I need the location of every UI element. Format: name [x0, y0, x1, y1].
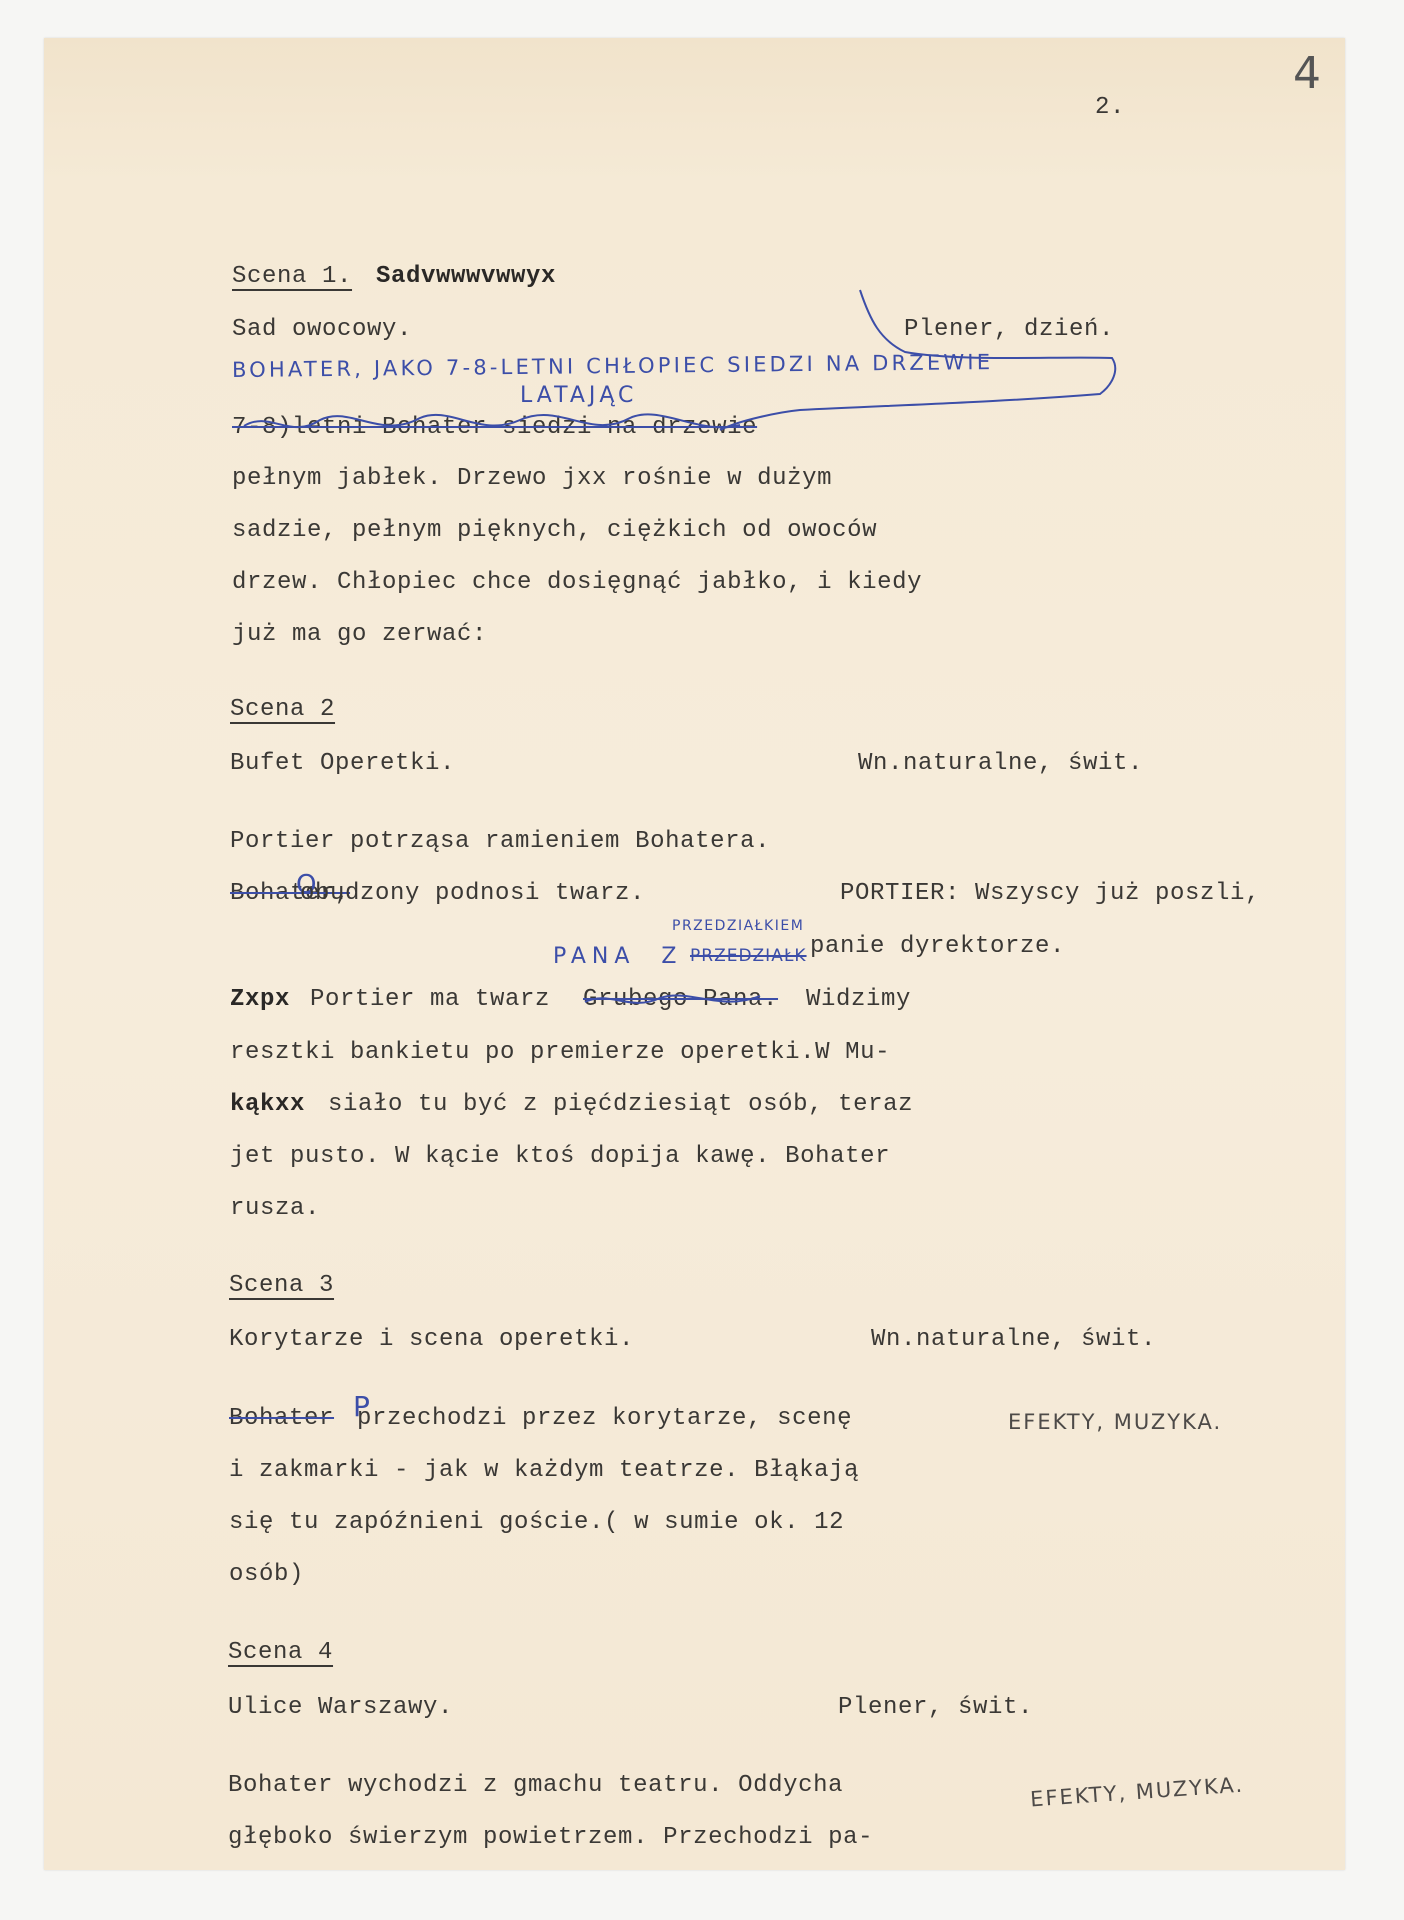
scene-1-body-line: sadzie, pełnym pięknych, ciężkich od owo… — [232, 519, 877, 543]
scene-3-body-line: się tu zapóźnieni goście.( w sumie ok. 1… — [229, 1511, 844, 1535]
scene-1-body-line: już ma go zerwać: — [232, 623, 487, 647]
scene-1-body-line: drzew. Chłopiec chce dosięgnąć jabłko, i… — [232, 571, 922, 595]
scene-1-handwritten-scribble: LATAJĄC — [520, 383, 637, 408]
scene-2-handwritten-przedzialkiem: PRZEDZIAŁKIEM — [672, 918, 804, 934]
scene-1-setting: Plener, dzień. — [904, 318, 1114, 342]
scene-2-handwritten-pana: PANA Z — [553, 944, 682, 969]
scene-2-body-line: siało tu być z pięćdziesiąt osób, teraz — [328, 1093, 913, 1117]
scene-3-location: Korytarze i scena operetki. — [229, 1328, 634, 1352]
scene-2-struck-prefix: Zxpx — [230, 988, 290, 1012]
scene-2-body-line: resztki bankietu po premierze operetki.W… — [230, 1041, 890, 1065]
scene-3-setting: Wn.naturalne, świt. — [871, 1328, 1156, 1352]
page-number: 2. — [1095, 96, 1125, 120]
scene-2-location: Bufet Operetki. — [230, 752, 455, 776]
scene-1-location: Sad owocowy. — [232, 318, 412, 342]
scene-2-setting: Wn.naturalne, świt. — [858, 752, 1143, 776]
scene-1-heading: Scena 1. — [232, 265, 352, 289]
scene-3-heading: Scena 3 — [229, 1274, 334, 1298]
scene-1-struck-line: 7-8)letni Bohater siedzi na drzewie — [232, 416, 757, 440]
scene-2-face-line-b: Widzimy — [806, 988, 911, 1012]
scene-3-struck-word: Bohater — [229, 1407, 334, 1431]
scene-4-body-line: głęboko świerzym powietrzem. Przechodzi … — [228, 1826, 873, 1850]
scene-2-dialogue: PORTIER: Wszyscy już poszli, — [840, 882, 1260, 906]
scene-2-body-line: Portier potrząsa ramieniem Bohatera. — [230, 830, 770, 854]
scene-2-dialogue-cont: panie dyrektorze. — [810, 935, 1065, 959]
scene-4-body-line: Bohater wychodzi z gmachu teatru. Oddych… — [228, 1774, 843, 1798]
scene-2-heading: Scena 2 — [230, 698, 335, 722]
scene-3-body-line: i zakmarki - jak w każdym teatrze. Błąka… — [229, 1459, 859, 1483]
scene-2-awakened-line: obudzony podnosi twarz. — [300, 882, 645, 906]
scene-4-heading: Scena 4 — [228, 1641, 333, 1665]
scene-1-body-line: pełnym jabłek. Drzewo jxx rośnie w dużym — [232, 467, 832, 491]
scene-2-handwritten-struck: PRZEDZIAŁK — [690, 946, 807, 966]
handwritten-sheet-number: 4 — [1293, 48, 1323, 99]
scene-4-setting: Plener, świt. — [838, 1696, 1033, 1720]
scene-2-face-line-a: Portier ma twarz — [310, 988, 550, 1012]
scene-3-body-line: osób) — [229, 1563, 304, 1587]
scene-2-body-line: jet pusto. W kącie ktoś dopija kawę. Boh… — [230, 1145, 890, 1169]
scene-3-margin-note: EFEKTY, MUZYKA. — [1008, 1410, 1222, 1434]
scene-4-location: Ulice Warszawy. — [228, 1696, 453, 1720]
scene-2-body-line: rusza. — [230, 1197, 320, 1221]
scene-1-heading-struck: Sadvwwwvwwyx — [376, 265, 556, 289]
scene-2-face-line-struck: Grubego Pana. — [583, 988, 778, 1012]
scene-3-body-line: przechodzi przez korytarze, scenę — [357, 1407, 852, 1431]
scene-2-struck-prefix-2: kąkxx — [230, 1093, 305, 1117]
